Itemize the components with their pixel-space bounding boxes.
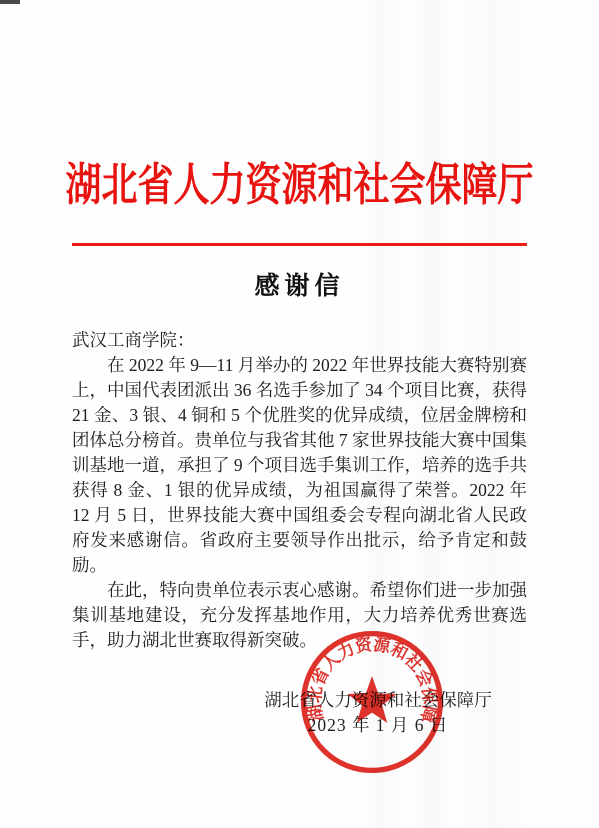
official-seal: 湖北省人力资源和社会保障厅	[296, 626, 448, 778]
letterhead-title: 湖北省人力资源和社会保障厅	[60, 148, 539, 213]
paragraph-1: 在 2022 年 9—11 月举办的 2022 年世界技能大赛特别赛上，中国代表…	[72, 353, 527, 578]
scan-corner-artifact	[0, 0, 20, 4]
letter-page: 湖北省人力资源和社会保障厅 感谢信 武汉工商学院： 在 2022 年 9—11 …	[0, 0, 599, 828]
seal-star-icon	[347, 676, 396, 723]
salutation: 武汉工商学院：	[72, 328, 527, 353]
letter-title: 感谢信	[0, 266, 599, 302]
letter-body: 武汉工商学院： 在 2022 年 9—11 月举办的 2022 年世界技能大赛特…	[72, 328, 527, 653]
letterhead-rule	[72, 243, 527, 246]
